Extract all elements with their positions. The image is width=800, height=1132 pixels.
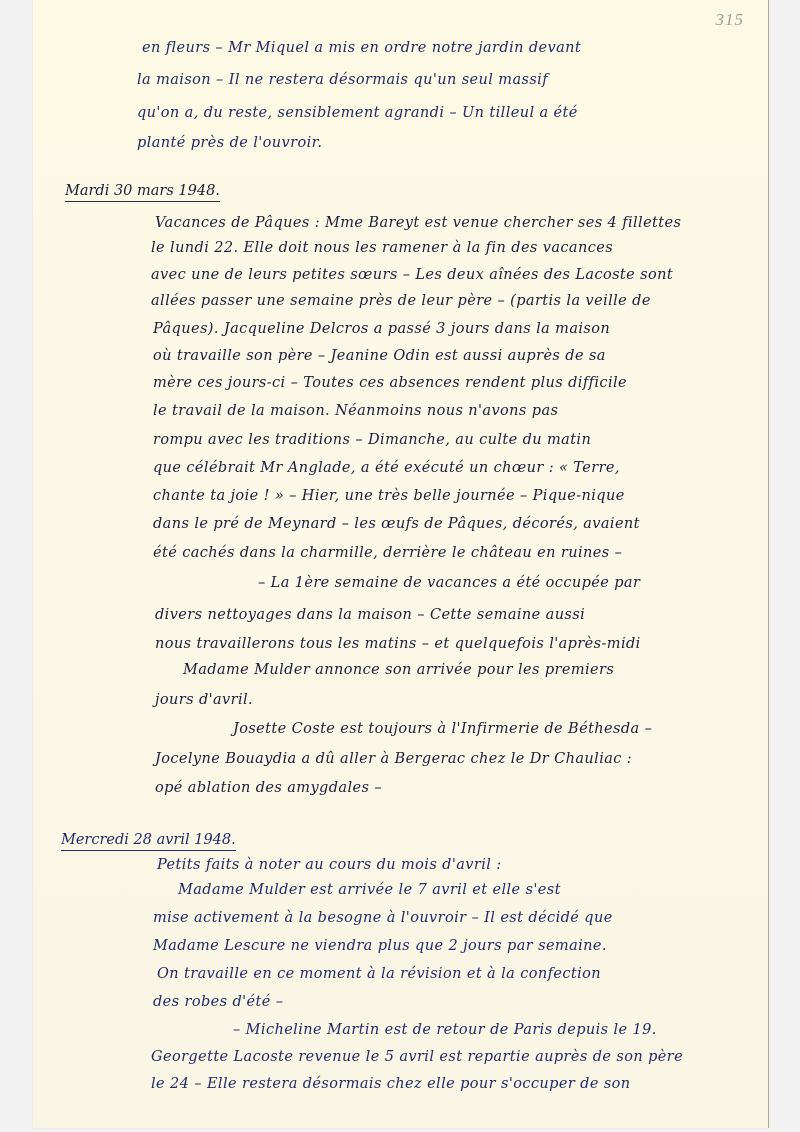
text-line: nous travaillerons tous les matins – et …	[155, 636, 641, 652]
text-line: Georgette Lacoste revenue le 5 avril est…	[151, 1049, 683, 1065]
text-line: Pâques). Jacqueline Delcros a passé 3 jo…	[153, 321, 610, 337]
text-line: Madame Mulder est arrivée le 7 avril et …	[178, 882, 561, 898]
text-line: la maison – Il ne restera désormais qu'u…	[137, 72, 548, 88]
text-line: le travail de la maison. Néanmoins nous …	[153, 403, 558, 419]
text-line: où travaille son père – Jeanine Odin est…	[153, 348, 606, 364]
text-line: – La 1ère semaine de vacances a été occu…	[258, 575, 640, 591]
entry-date-heading: Mardi 30 mars 1948.	[65, 183, 220, 202]
text-line: On travaille en ce moment à la révision …	[157, 966, 601, 982]
text-line: avec une de leurs petites sœurs – Les de…	[151, 267, 673, 283]
text-line: mise activement à la besogne à l'ouvroir…	[153, 910, 613, 926]
text-line: des robes d'été –	[153, 994, 283, 1010]
text-line: allées passer une semaine près de leur p…	[151, 293, 651, 309]
text-line: le 24 – Elle restera désormais chez elle…	[151, 1076, 631, 1092]
text-line: divers nettoyages dans la maison – Cette…	[155, 607, 585, 623]
text-line: Madame Lescure ne viendra plus que 2 jou…	[153, 938, 607, 954]
manuscript-page: 315 en fleurs – Mr Miquel a mis en ordre…	[33, 0, 769, 1128]
text-line: été cachés dans la charmille, derrière l…	[153, 545, 622, 561]
text-line: jours d'avril.	[155, 692, 253, 708]
entry-date-heading: Mercredi 28 avril 1948.	[61, 832, 236, 851]
text-line: Jocelyne Bouaydia a dû aller à Bergerac …	[155, 751, 632, 767]
text-line: chante ta joie ! » – Hier, une très bell…	[153, 488, 625, 504]
text-line: qu'on a, du reste, sensiblement agrandi …	[137, 105, 578, 121]
text-line: Petits faits à noter au cours du mois d'…	[157, 857, 502, 873]
text-line: que célébrait Mr Anglade, a été exécuté …	[153, 460, 620, 476]
text-line: – Micheline Martin est de retour de Pari…	[233, 1022, 657, 1038]
text-line: opé ablation des amygdales –	[155, 780, 382, 796]
text-line: Vacances de Pâques : Mme Bareyt est venu…	[155, 215, 681, 231]
text-line: en fleurs – Mr Miquel a mis en ordre not…	[142, 40, 581, 56]
page-number: 315	[716, 10, 745, 30]
text-line: Madame Mulder annonce son arrivée pour l…	[183, 662, 614, 678]
text-line: Josette Coste est toujours à l'Infirmeri…	[233, 721, 652, 737]
text-line: dans le pré de Meynard – les œufs de Pâq…	[153, 516, 640, 532]
text-line: planté près de l'ouvroir.	[137, 135, 322, 151]
text-line: rompu avec les traditions – Dimanche, au…	[153, 432, 591, 448]
text-line: le lundi 22. Elle doit nous les ramener …	[151, 240, 613, 256]
text-line: mère ces jours-ci – Toutes ces absences …	[153, 375, 627, 391]
